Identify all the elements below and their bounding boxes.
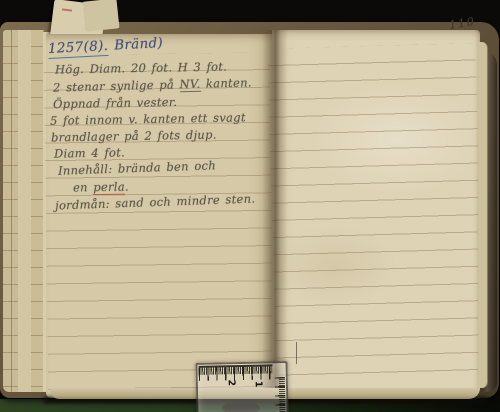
handwriting-line: Hög. Diam. 20 fot. H 3 fot. bbox=[55, 59, 227, 76]
notebook-photo: 1257(8). Bränd) Hög. Diam. 20 fot. H 3 f… bbox=[0, 0, 500, 412]
ruler-number: 2 bbox=[226, 379, 237, 386]
page-edge-strip bbox=[18, 30, 32, 392]
handwriting-line: brandlager på 2 fots djup. bbox=[51, 128, 217, 145]
left-page: 1257(8). Bränd) Hög. Diam. 20 fot. H 3 f… bbox=[46, 34, 272, 398]
line-text: brandlager på 2 fots djup. bbox=[51, 128, 217, 145]
heading-word: Bränd) bbox=[108, 35, 164, 54]
line-text: kanten. bbox=[200, 75, 252, 90]
ruler-vertical-ticks bbox=[273, 377, 286, 412]
line-text: Hög. Diam. 20 fot. H 3 fot. bbox=[55, 59, 227, 76]
flipped-page-corner bbox=[83, 0, 120, 32]
line-underlined-red: perla bbox=[93, 180, 125, 196]
line-text: en bbox=[73, 180, 94, 194]
line-underlined: NV. bbox=[179, 77, 200, 93]
scale-ruler: 2 1 bbox=[195, 361, 288, 412]
line-text: Diam 4 fot. bbox=[54, 145, 125, 160]
page-edge-strip bbox=[3, 30, 19, 392]
right-page bbox=[272, 30, 480, 394]
ruler-number: 1 bbox=[253, 381, 264, 388]
ruled-lines-right bbox=[267, 43, 484, 391]
bookmark-thread bbox=[296, 342, 297, 364]
handwriting-line: Öppnad från vester. bbox=[53, 95, 178, 111]
line-text: Öppnad från vester. bbox=[53, 95, 178, 111]
line-text: . bbox=[125, 180, 129, 194]
handwriting-line: Diam 4 fot. bbox=[54, 145, 125, 160]
gutter-shadow bbox=[262, 30, 288, 394]
page-edge-right bbox=[478, 42, 488, 388]
handwriting-line: en perla. bbox=[73, 180, 129, 195]
heading-number: 1257(8). bbox=[48, 38, 109, 59]
